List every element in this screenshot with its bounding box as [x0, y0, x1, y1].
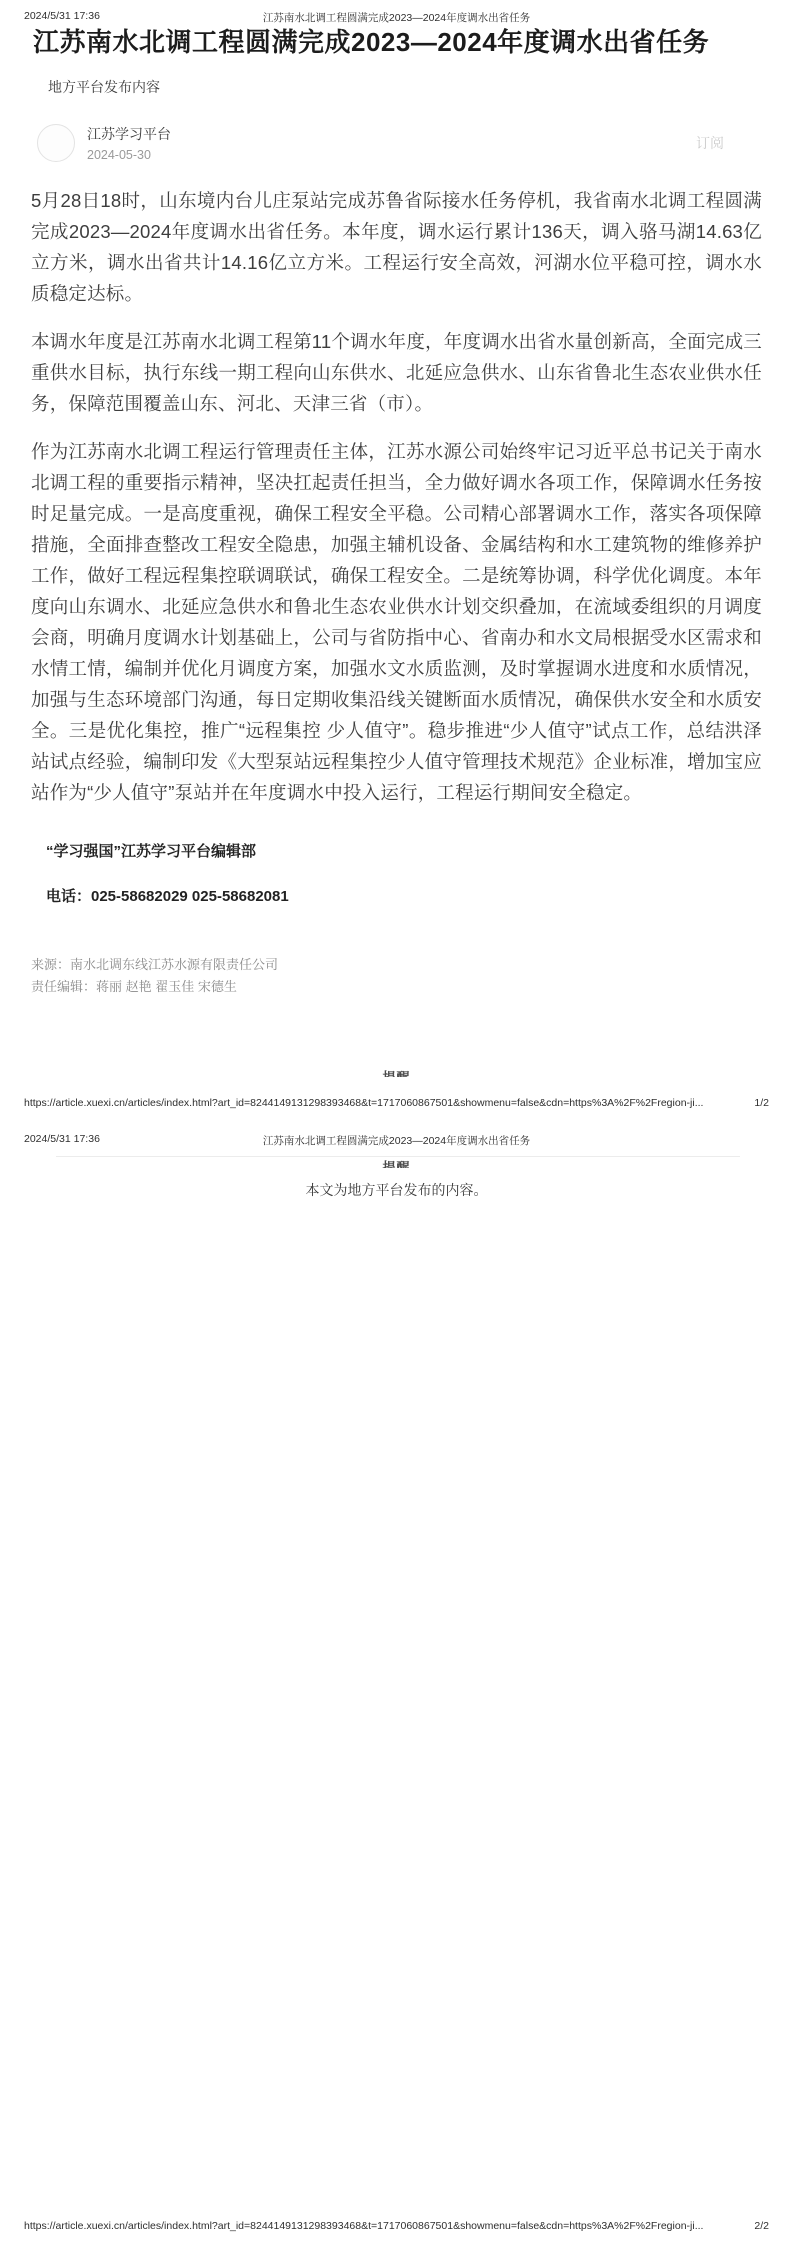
- print-doc-title: 江苏南水北调工程圆满完成2023—2024年度调水出省任务: [199, 10, 594, 25]
- notice-divider: [56, 1156, 740, 1157]
- page-number: 2/2: [754, 2220, 769, 2232]
- article-paragraph: 作为江苏南水北调工程运行管理责任主体，江苏水源公司始终牢记习近平总书记关于南水北…: [31, 436, 762, 808]
- print-footer: https://article.xuexi.cn/articles/index.…: [24, 1097, 769, 1109]
- notice-label-top-fragment: 提醒: [0, 1069, 793, 1077]
- author-avatar: [37, 124, 75, 162]
- print-header: 2024/5/31 17:36 江苏南水北调工程圆满完成2023—2024年度调…: [24, 1133, 769, 1148]
- author-meta: 江苏学习平台 2024-05-30: [87, 124, 171, 162]
- article-category-label: 地方平台发布内容: [48, 77, 762, 97]
- publish-date: 2024-05-30: [87, 148, 171, 162]
- page-number: 1/2: [754, 1097, 769, 1109]
- contact-phone-line: 电话：025-58682029 025-58682081: [46, 885, 762, 906]
- print-timestamp: 2024/5/31 17:36: [24, 1133, 199, 1145]
- print-page-1: 2024/5/31 17:36 江苏南水北调工程圆满完成2023—2024年度调…: [0, 0, 793, 1123]
- editors-line: 责任编辑：蒋丽 赵艳 翟玉佳 宋德生: [31, 976, 762, 998]
- article-paragraph: 本调水年度是江苏南水北调工程第11个调水年度，年度调水出省水量创新高，全面完成三…: [31, 326, 762, 419]
- author-name: 江苏学习平台: [87, 124, 171, 144]
- article-paragraph: 5月28日18时，山东境内台儿庄泵站完成苏鲁省际接水任务停机，我省南水北调工程圆…: [31, 185, 762, 309]
- print-page-2: 2024/5/31 17:36 江苏南水北调工程圆满完成2023—2024年度调…: [0, 1123, 793, 2246]
- author-row: 江苏学习平台 2024-05-30 订阅: [37, 124, 762, 162]
- print-footer-url: https://article.xuexi.cn/articles/index.…: [24, 2220, 728, 2232]
- notice-body-text: 本文为地方平台发布的内容。: [0, 1180, 793, 1200]
- editorial-department-line: “学习强国”江苏学习平台编辑部: [46, 840, 762, 861]
- print-doc-title: 江苏南水北调工程圆满完成2023—2024年度调水出省任务: [199, 1133, 594, 1148]
- article-content: 江苏南水北调工程圆满完成2023—2024年度调水出省任务 地方平台发布内容 江…: [0, 26, 793, 998]
- print-footer-url: https://article.xuexi.cn/articles/index.…: [24, 1097, 728, 1109]
- source-line: 来源：南水北调东线江苏水源有限责任公司: [31, 954, 762, 976]
- subscribe-button[interactable]: 订阅: [696, 133, 724, 153]
- print-timestamp: 2024/5/31 17:36: [24, 10, 199, 22]
- notice-label-bottom-fragment: 提醒: [0, 1159, 793, 1168]
- article-body: 5月28日18时，山东境内台儿庄泵站完成苏鲁省际接水任务停机，我省南水北调工程圆…: [31, 185, 762, 808]
- print-header: 2024/5/31 17:36 江苏南水北调工程圆满完成2023—2024年度调…: [24, 10, 769, 25]
- article-title: 江苏南水北调工程圆满完成2023—2024年度调水出省任务: [33, 26, 762, 60]
- article-meta-block: 来源：南水北调东线江苏水源有限责任公司 责任编辑：蒋丽 赵艳 翟玉佳 宋德生: [31, 954, 762, 998]
- print-footer: https://article.xuexi.cn/articles/index.…: [24, 2220, 769, 2232]
